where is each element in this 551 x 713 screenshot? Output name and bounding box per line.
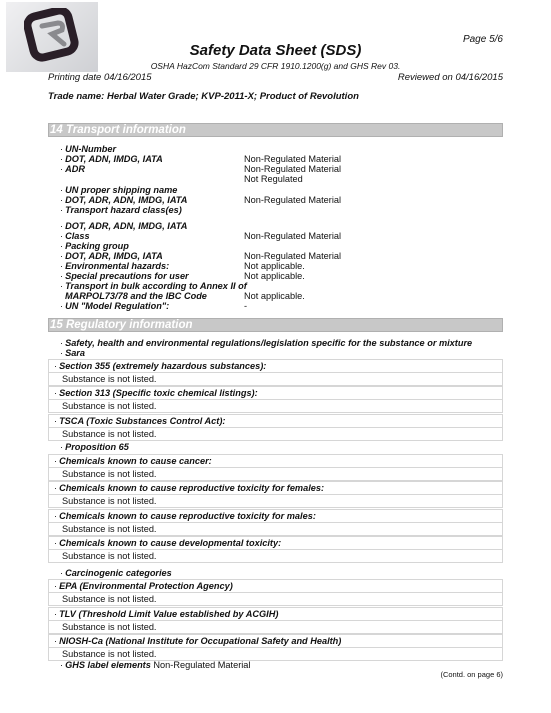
bullet: · — [54, 388, 57, 398]
regulation-status: Substance is not listed. — [49, 593, 502, 605]
bullet: · — [54, 636, 57, 646]
transport-row: ·DOT, ADR, IMDG, IATANon-Regulated Mater… — [60, 251, 163, 261]
transport-label: UN-Number — [65, 144, 116, 154]
bullet: · — [60, 251, 63, 261]
regulation-status: Substance is not listed. — [49, 648, 502, 660]
transport-value: Non-Regulated Material — [244, 154, 341, 164]
bullet: · — [60, 205, 63, 215]
bullet: · — [54, 609, 57, 619]
bullet: · — [54, 538, 57, 548]
regulation-heading: ·Chemicals known to cause developmental … — [49, 537, 502, 550]
bullet: · — [60, 271, 63, 281]
regulation-heading: ·TSCA (Toxic Substances Control Act): — [49, 415, 502, 428]
transport-row: ·UN-Number — [60, 144, 116, 154]
document-title: Safety Data Sheet (SDS) — [0, 42, 551, 59]
trade-name: Trade name: Herbal Water Grade; KVP-2011… — [48, 91, 359, 102]
bullet: · — [60, 164, 63, 174]
regulation-box: ·EPA (Environmental Protection Agency)Su… — [48, 579, 503, 606]
bullet: · — [60, 221, 63, 231]
transport-row: ·DOT, ADR, ADN, IMDG, IATA — [60, 221, 187, 231]
bullet: · — [60, 154, 63, 164]
regulation-box: ·Chemicals known to cause reproductive t… — [48, 509, 503, 536]
transport-label: DOT, ADR, ADN, IMDG, IATA — [65, 195, 187, 205]
regulation-box: ·Section 313 (Specific toxic chemical li… — [48, 386, 503, 413]
section-14-header: 14 Transport information — [48, 123, 503, 137]
reviewed-date: Reviewed on 04/16/2015 — [398, 72, 503, 83]
transport-value: Non-Regulated Material — [244, 164, 341, 174]
regulation-heading-text: EPA (Environmental Protection Agency) — [59, 581, 233, 591]
transport-value: Non-Regulated Material — [244, 195, 341, 205]
bullet: · — [60, 195, 63, 205]
regulation-heading: ·Chemicals known to cause reproductive t… — [49, 482, 502, 495]
transport-row: ·DOT, ADR, ADN, IMDG, IATANon-Regulated … — [60, 195, 187, 205]
transport-row: MARPOL73/78 and the IBC CodeNot applicab… — [60, 291, 207, 301]
transport-value: Not applicable. — [244, 271, 305, 281]
transport-label: DOT, ADR, IMDG, IATA — [65, 251, 163, 261]
regulation-heading: ·Chemicals known to cause cancer: — [49, 455, 502, 468]
proposition-65-label: ·Proposition 65 — [60, 442, 129, 452]
section-15-header: 15 Regulatory information — [48, 318, 503, 332]
bullet: · — [54, 416, 57, 426]
regulation-status: Substance is not listed. — [49, 468, 502, 480]
transport-value: Not applicable. — [244, 291, 305, 301]
document-subtitle: OSHA HazCom Standard 29 CFR 1910.1200(g)… — [0, 61, 551, 71]
bullet: · — [54, 581, 57, 591]
transport-label: Transport hazard class(es) — [65, 205, 182, 215]
regulation-status: Substance is not listed. — [49, 621, 502, 633]
transport-row: ·ClassNon-Regulated Material — [60, 231, 90, 241]
regulation-status: Substance is not listed. — [49, 400, 502, 412]
transport-label: Transport in bulk according to Annex II … — [65, 281, 247, 291]
transport-label: UN "Model Regulation": — [65, 301, 169, 311]
transport-label: MARPOL73/78 and the IBC Code — [60, 291, 207, 301]
regulation-heading: ·Section 313 (Specific toxic chemical li… — [49, 387, 502, 400]
transport-value: Non-Regulated Material — [244, 231, 341, 241]
regulation-box: ·TSCA (Toxic Substances Control Act):Sub… — [48, 414, 503, 441]
bullet: · — [60, 231, 63, 241]
transport-row: ·UN "Model Regulation":- — [60, 301, 169, 311]
bullet: · — [54, 361, 57, 371]
regulation-heading: ·EPA (Environmental Protection Agency) — [49, 580, 502, 593]
regulation-box: ·Chemicals known to cause cancer:Substan… — [48, 454, 503, 481]
regulation-heading-text: NIOSH-Ca (National Institute for Occupat… — [59, 636, 341, 646]
regulation-heading-text: TSCA (Toxic Substances Control Act): — [59, 416, 225, 426]
bullet: · — [60, 185, 63, 195]
printing-date: Printing date 04/16/2015 — [48, 72, 152, 83]
transport-row: ·Packing group — [60, 241, 129, 251]
regulation-box: ·Chemicals known to cause developmental … — [48, 536, 503, 563]
bullet: · — [60, 261, 63, 271]
transport-row: ·DOT, ADN, IMDG, IATANon-Regulated Mater… — [60, 154, 163, 164]
transport-label: UN proper shipping name — [65, 185, 177, 195]
transport-row: ·ADRNon-Regulated Material — [60, 164, 85, 174]
regulation-heading: ·TLV (Threshold Limit Value established … — [49, 608, 502, 621]
transport-value: Non-Regulated Material — [244, 251, 341, 261]
regulation-heading: ·NIOSH-Ca (National Institute for Occupa… — [49, 635, 502, 648]
transport-value: Not applicable. — [244, 261, 305, 271]
continued-note: (Contd. on page 6) — [440, 670, 503, 679]
regulation-box: ·Chemicals known to cause reproductive t… — [48, 481, 503, 508]
regulation-heading-text: Chemicals known to cause reproductive to… — [59, 483, 324, 493]
regulation-heading-text: Section 313 (Specific toxic chemical lis… — [59, 388, 258, 398]
transport-row: ·Transport hazard class(es) — [60, 205, 182, 215]
transport-label: Class — [65, 231, 90, 241]
ghs-label-elements: ·GHS label elements Non-Regulated Materi… — [60, 660, 250, 670]
bullet: · — [60, 241, 63, 251]
bullet: · — [60, 301, 63, 311]
bullet: · — [54, 483, 57, 493]
transport-row: ·UN proper shipping name — [60, 185, 177, 195]
transport-label: Environmental hazards: — [65, 261, 169, 271]
regulations-intro: ·Safety, health and environmental regula… — [60, 338, 472, 348]
regulation-heading-text: Chemicals known to cause reproductive to… — [59, 511, 316, 521]
regulation-box: ·NIOSH-Ca (National Institute for Occupa… — [48, 634, 503, 661]
regulation-status: Substance is not listed. — [49, 523, 502, 535]
transport-label: Packing group — [65, 241, 129, 251]
regulation-heading-text: TLV (Threshold Limit Value established b… — [59, 609, 278, 619]
transport-label: Special precautions for user — [65, 271, 189, 281]
bullet: · — [54, 456, 57, 466]
transport-label: DOT, ADN, IMDG, IATA — [65, 154, 163, 164]
regulation-box: ·Section 355 (extremely hazardous substa… — [48, 359, 503, 386]
regulation-status: Substance is not listed. — [49, 373, 502, 385]
bullet: · — [60, 281, 63, 291]
transport-row: ·Transport in bulk according to Annex II… — [60, 281, 247, 291]
regulation-heading-text: Section 355 (extremely hazardous substan… — [59, 361, 266, 371]
bullet: · — [60, 144, 63, 154]
regulation-status: Substance is not listed. — [49, 550, 502, 562]
regulation-heading-text: Chemicals known to cause cancer: — [59, 456, 212, 466]
transport-row: ·Special precautions for userNot applica… — [60, 271, 189, 281]
regulation-heading: ·Chemicals known to cause reproductive t… — [49, 510, 502, 523]
carcinogenic-categories-label: ·Carcinogenic categories — [60, 568, 172, 578]
regulation-box: ·TLV (Threshold Limit Value established … — [48, 607, 503, 634]
regulation-status: Substance is not listed. — [49, 495, 502, 507]
transport-label: DOT, ADR, ADN, IMDG, IATA — [65, 221, 187, 231]
transport-value: Not Regulated — [244, 174, 303, 184]
sara-label: ·Sara — [60, 348, 85, 358]
transport-label: ADR — [65, 164, 85, 174]
transport-row: ·Environmental hazards:Not applicable. — [60, 261, 169, 271]
transport-value: - — [244, 301, 247, 311]
regulation-heading-text: Chemicals known to cause developmental t… — [59, 538, 281, 548]
regulation-heading: ·Section 355 (extremely hazardous substa… — [49, 360, 502, 373]
bullet: · — [54, 511, 57, 521]
regulation-status: Substance is not listed. — [49, 428, 502, 440]
